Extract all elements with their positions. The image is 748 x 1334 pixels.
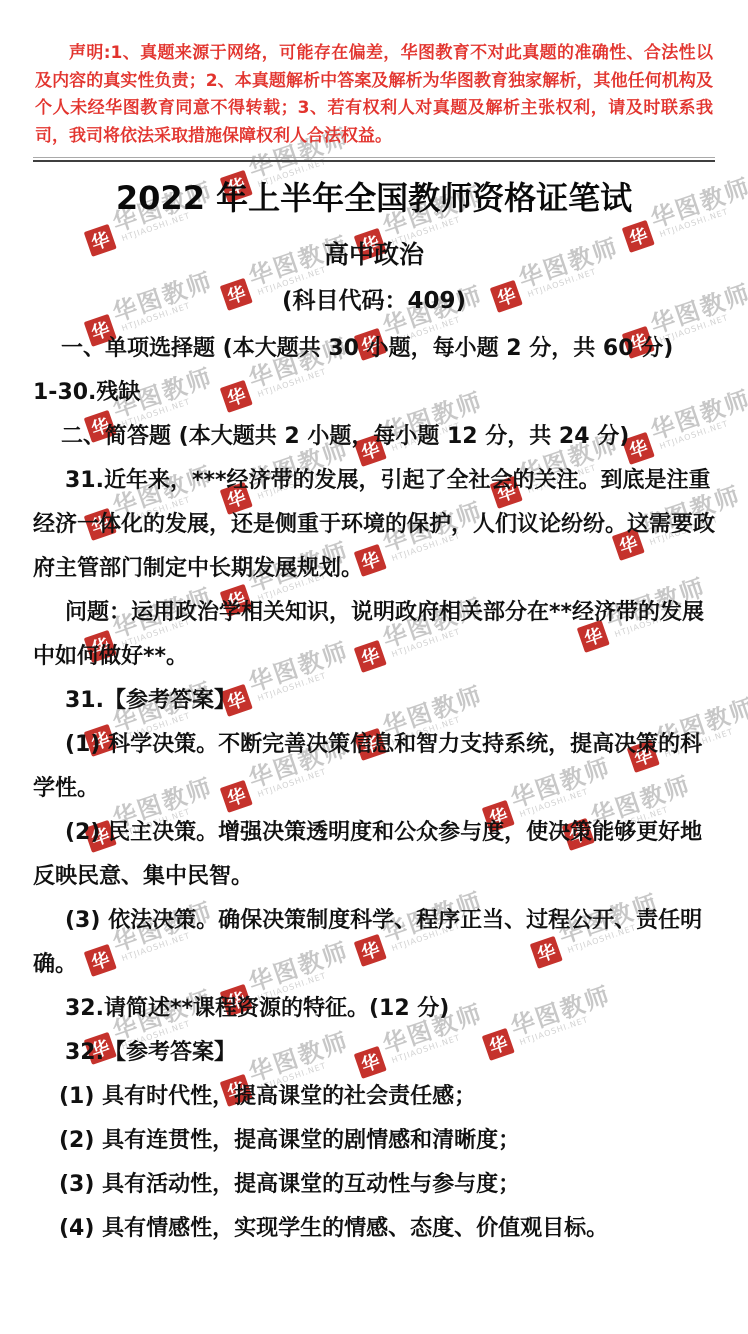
horizontal-divider	[33, 157, 715, 162]
question-31-answer-item: (3) 依法决策。确保决策制度科学、程序正当、过程公开、责任明确。	[33, 899, 715, 987]
question-31-answer-label: 31.【参考答案】	[33, 679, 715, 723]
section-1-heading: 一、单项选择题 (本大题共 30 小题，每小题 2 分，共 60 分)	[33, 327, 715, 371]
disclaimer-label: 声明:	[69, 43, 111, 63]
question-32-stem: 32.请简述**课程资源的特征。(12 分)	[33, 987, 715, 1031]
page-subtitle: 高中政治	[33, 238, 715, 271]
question-32-answer-item: (4) 具有情感性，实现学生的情感、态度、价值观目标。	[33, 1207, 715, 1251]
disclaimer-text: 1、真题来源于网络，可能存在偏差，华图教育不对此真题的准确性、合法性以及内容的真…	[35, 43, 713, 146]
section-2-heading: 二、简答题 (本大题共 2 小题，每小题 12 分，共 24 分)	[33, 415, 715, 459]
page-title: 2022 年上半年全国教师资格证笔试	[33, 178, 715, 218]
question-32-answer-item: (3) 具有活动性，提高课堂的互动性与参与度；	[33, 1163, 715, 1207]
disclaimer-notice: 声明:1、真题来源于网络，可能存在偏差，华图教育不对此真题的准确性、合法性以及内…	[35, 40, 713, 150]
exam-body: 一、单项选择题 (本大题共 30 小题，每小题 2 分，共 60 分) 1-30…	[33, 327, 715, 1251]
missing-questions-note: 1-30.残缺	[33, 371, 715, 415]
question-32-answer-item: (2) 具有连贯性，提高课堂的剧情感和清晰度；	[33, 1119, 715, 1163]
question-31-prompt: 问题：运用政治学相关知识，说明政府相关部分在**经济带的发展中如何做好**。	[33, 591, 715, 679]
question-32-answer-item: (1) 具有时代性，提高课堂的社会责任感；	[33, 1075, 715, 1119]
exam-document-page: 声明:1、真题来源于网络，可能存在偏差，华图教育不对此真题的准确性、合法性以及内…	[0, 40, 748, 1251]
subject-code: (科目代码：409)	[33, 286, 715, 317]
question-31-stem: 31.近年来，***经济带的发展，引起了全社会的关注。到底是注重经济一体化的发展…	[33, 459, 715, 591]
question-31-answer-item: (2) 民主决策。增强决策透明度和公众参与度，使决策能够更好地反映民意、集中民智…	[33, 811, 715, 899]
question-32-answer-label: 32.【参考答案】	[33, 1031, 715, 1075]
question-31-answer-item: (1) 科学决策。不断完善决策信息和智力支持系统，提高决策的科学性。	[33, 723, 715, 811]
